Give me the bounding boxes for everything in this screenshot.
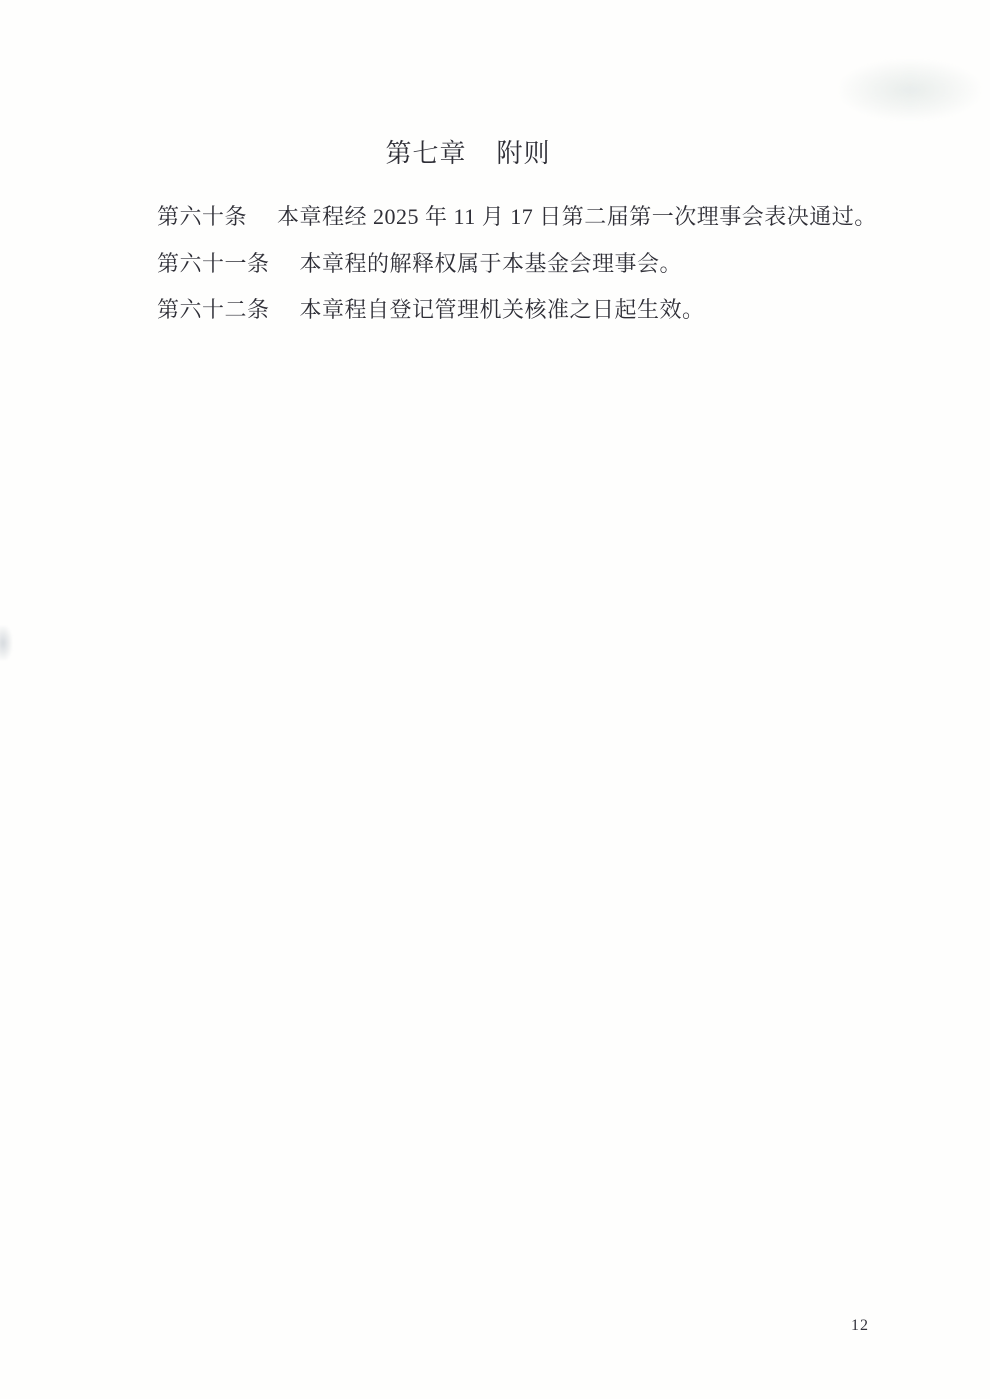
article-paragraph-61: 第六十一条本章程的解释权属于本基金会理事会。 [157, 251, 682, 277]
page-number: 12 [851, 1317, 869, 1335]
article-label: 第六十条 [157, 204, 247, 229]
article-text: 本章程经 2025 年 11 月 17 日第二届第一次理事会表决通过。 [277, 204, 877, 229]
chapter-number: 第七章 [385, 139, 466, 169]
scan-smudge-left-edge [0, 626, 12, 660]
article-text: 本章程自登记管理机关核准之日起生效。 [300, 297, 705, 322]
chapter-heading: 第七章 附则 [0, 139, 936, 169]
chapter-title: 附则 [497, 139, 551, 169]
article-paragraph-60: 第六十条本章程经 2025 年 11 月 17 日第二届第一次理事会表决通过。 [157, 204, 877, 230]
article-paragraph-62: 第六十二条本章程自登记管理机关核准之日起生效。 [157, 297, 705, 323]
scan-smudge-top-right [840, 60, 980, 120]
document-page: 第七章 附则 第六十条本章程经 2025 年 11 月 17 日第二届第一次理事… [0, 0, 990, 1399]
article-label: 第六十二条 [157, 297, 270, 322]
article-label: 第六十一条 [157, 251, 270, 276]
article-text: 本章程的解释权属于本基金会理事会。 [300, 251, 683, 276]
